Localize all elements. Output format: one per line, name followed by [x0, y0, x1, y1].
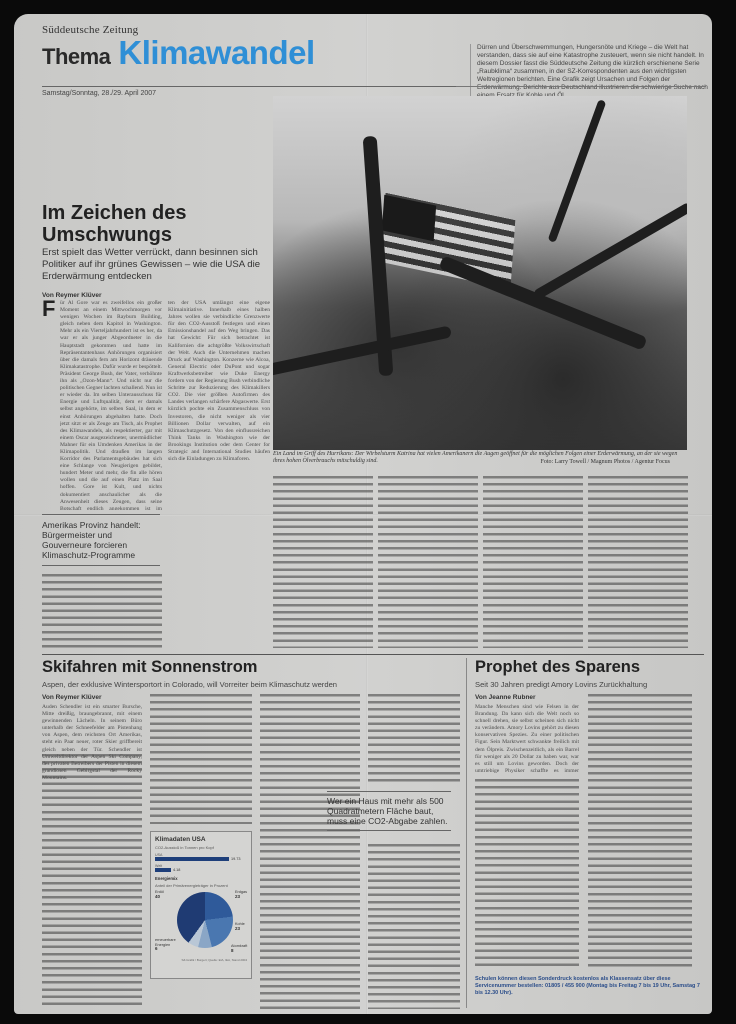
climate-data-chart: Klimadaten USA CO2-Ausstoß in Tonnen pro…	[150, 831, 252, 979]
dossier-intro: Dürren und Überschwemmungen, Hungersnöte…	[470, 44, 711, 100]
lead-deck: Erst spielt das Wetter verrückt, dann be…	[42, 247, 272, 283]
ski-body-text	[42, 754, 142, 1009]
pie-label-renewables-name: erneuerbare Energien	[155, 938, 176, 947]
ski-byline: Von Reymer Klüver	[42, 694, 101, 701]
lead-pullquote: Amerikas Provinz handelt: Bürgermeister …	[42, 514, 160, 566]
bar-chart-subtitle: CO2-Ausstoß in Tonnen pro Kopf	[155, 845, 247, 850]
pie-label-coal-value: 23	[235, 926, 240, 931]
lead-headline: Im Zeichen des Umschwungs	[42, 202, 272, 246]
topic-title: Klimawandel	[118, 34, 314, 72]
pie-chart-subtitle: Energiemix	[155, 876, 247, 881]
column-separator	[466, 658, 467, 1008]
prophet-headline: Prophet des Sparens	[475, 658, 640, 677]
bar-value-world: 4.18	[173, 868, 180, 872]
masthead: Süddeutsche Zeitung Thema Klimawandel	[42, 24, 462, 72]
ski-pullquote: Wer ein Haus mit mehr als 500 Quadratmet…	[327, 791, 451, 831]
newspaper-page: Süddeutsche Zeitung Thema Klimawandel Sa…	[14, 14, 712, 1014]
prophet-body-text	[475, 779, 579, 969]
pie-area: Erdöl40 Erdgas23 Kohle23 Atomkraft8 erne…	[155, 888, 247, 958]
ski-deck: Aspen, der exklusive Wintersportort in C…	[42, 680, 337, 689]
ski-body-text	[368, 694, 460, 784]
lead-body-col2: ten der USA umlängst eine eigene Klimain…	[168, 300, 270, 640]
prophet-body-text	[588, 694, 692, 969]
tree-trunk	[548, 99, 607, 243]
ski-headline: Skifahren mit Sonnenstrom	[42, 658, 257, 677]
ski-body-text	[150, 694, 252, 824]
lead-body-col1: ür Al Gore war es zweifellos ein großer …	[60, 300, 162, 510]
lead-body-text	[42, 574, 162, 648]
bar-value-usa: 19.73	[231, 857, 241, 861]
pie-label-nuclear-value: 8	[231, 948, 234, 953]
pie-label-coal: Kohle23	[235, 922, 245, 931]
pie-label-renewables: erneuerbare Energien6	[155, 938, 183, 952]
prophet-byline: Von Jeanne Rubner	[475, 694, 536, 701]
bar-row-usa: 19.73	[155, 857, 247, 861]
pie-label-oil-value: 40	[155, 894, 160, 899]
tree-trunk	[273, 325, 452, 378]
pie-label-gas: Erdgas23	[235, 890, 247, 899]
masthead-rule	[42, 86, 456, 87]
ski-body-text	[260, 694, 360, 1009]
section-title: Thema Klimawandel	[42, 34, 462, 72]
photo-credit: Foto: Larry Towell / Magnum Photos / Age…	[541, 459, 670, 465]
pie-label-oil: Erdöl40	[155, 890, 164, 899]
chart-title: Klimadaten USA	[155, 836, 247, 843]
lead-body-text	[273, 476, 373, 648]
intro-rule	[456, 86, 706, 87]
lead-body-text	[483, 476, 583, 648]
chart-source: SZ-Grafik / Burgert; Quelle: EIA, IEA, S…	[155, 958, 247, 962]
pie-label-renewables-value: 6	[155, 946, 158, 951]
prophet-body-col1: Manche Menschen sind wie Felsen in der B…	[475, 704, 579, 774]
pie-label-gas-value: 23	[235, 894, 240, 899]
energy-mix-pie	[177, 892, 233, 948]
bar-usa	[155, 857, 229, 861]
lead-body-text	[588, 476, 688, 648]
section-divider	[42, 654, 704, 655]
issue-date: Samstag/Sonntag, 28./29. April 2007	[42, 90, 156, 97]
section-label: Thema	[42, 44, 110, 70]
tree-trunk	[438, 255, 647, 350]
bar-world	[155, 868, 171, 872]
pie-label-nuclear: Atomkraft8	[231, 944, 247, 953]
order-service-note: Schulen können diesen Sonderdruck kosten…	[475, 976, 707, 997]
ski-body-text	[368, 844, 460, 1009]
prophet-deck: Seit 30 Jahren predigt Amory Lovins Zurü…	[475, 680, 647, 689]
dropcap: F	[42, 299, 55, 319]
lead-body-text	[378, 476, 478, 648]
bar-row-world: 4.18	[155, 868, 247, 872]
hurricane-photo	[273, 96, 687, 450]
